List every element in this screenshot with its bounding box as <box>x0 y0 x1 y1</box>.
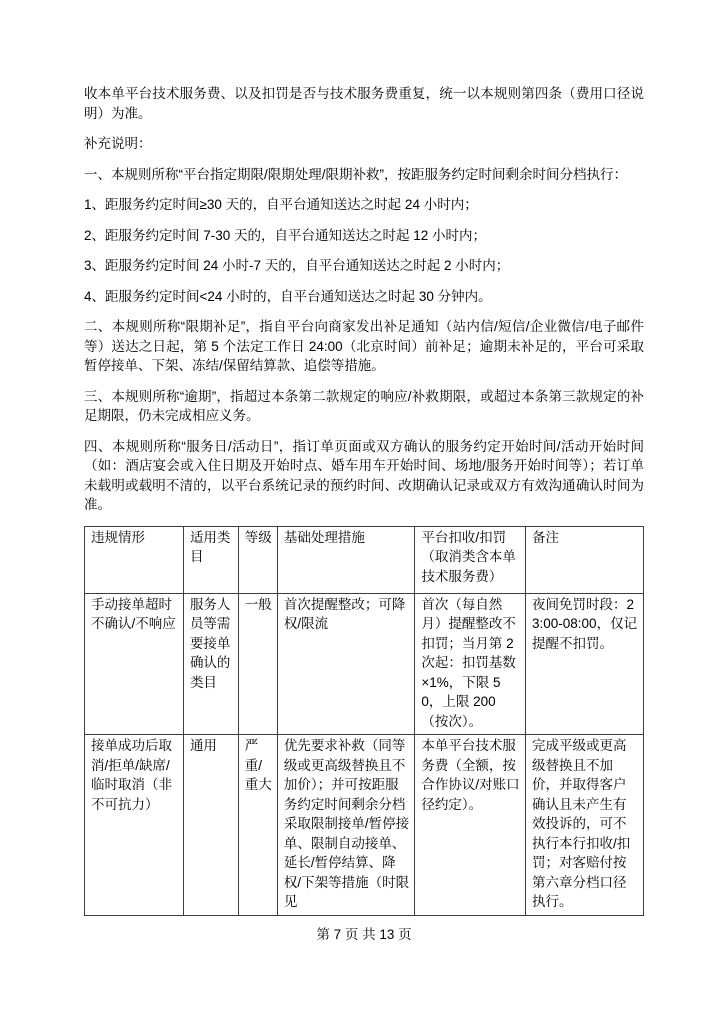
paragraph-tier-1: 1、距服务约定时间≥30 天的，自平台通知送达之时起 24 小时内； <box>84 195 644 215</box>
paragraph-clause-1: 一、本规则所称“平台指定期限/限期处理/限期补救”，按距服务约定时间剩余时间分档… <box>84 165 644 185</box>
cell-violation: 接单成功后取消/拒单/缺席/临时取消（非不可抗力） <box>85 735 184 916</box>
document-page: 收本单平台技术服务费、以及扣罚是否与技术服务费重复，统一以本规则第四条（费用口径… <box>0 0 724 1024</box>
cell-violation: 手动接单超时不确认/不响应 <box>85 593 184 735</box>
cell-remarks: 夜间免罚时段：23:00-08:00，仅记提醒不扣罚。 <box>526 593 644 735</box>
paragraph-clause-4: 四、本规则所称“服务日/活动日”，指订单页面或双方确认的服务约定开始时间/活动开… <box>84 437 644 515</box>
header-cell-penalty: 平台扣收/扣罚（取消类含本单技术服务费） <box>415 526 526 593</box>
cell-penalty: 首次（每自然月）提醒整改不扣罚；当月第 2 次起：扣罚基数×1%，下限 50，上… <box>415 593 526 735</box>
document-body: 收本单平台技术服务费、以及扣罚是否与技术服务费重复，统一以本规则第四条（费用口径… <box>84 84 644 515</box>
table-row: 接单成功后取消/拒单/缺席/临时取消（非不可抗力） 通用 严重/重大 优先要求补… <box>85 735 644 916</box>
cell-level: 严重/重大 <box>238 735 277 916</box>
header-cell-measures: 基础处理措施 <box>277 526 415 593</box>
header-cell-category: 适用类目 <box>183 526 238 593</box>
header-cell-violation: 违规情形 <box>85 526 184 593</box>
cell-level: 一般 <box>238 593 277 735</box>
cell-category: 通用 <box>183 735 238 916</box>
table-header-row: 违规情形 适用类目 等级 基础处理措施 平台扣收/扣罚（取消类含本单技术服务费）… <box>85 526 644 593</box>
page-number: 第 7 页 共 13 页 <box>84 925 644 945</box>
paragraph-clause-3: 三、本规则所称“逾期”，指超过本条第二款规定的响应/补救期限，或超过本条第三款规… <box>84 387 644 426</box>
cell-measures: 首次提醒整改；可降权/限流 <box>277 593 415 735</box>
paragraph-supplement-title: 补充说明： <box>84 134 644 154</box>
cell-remarks: 完成平级或更高级替换且不加价，并取得客户确认且未产生有效投诉的，可不执行本行扣收… <box>526 735 644 916</box>
paragraph-tier-4: 4、距服务约定时间<24 小时的，自平台通知送达之时起 30 分钟内。 <box>84 287 644 307</box>
paragraph-tier-2: 2、距服务约定时间 7-30 天的，自平台通知送达之时起 12 小时内； <box>84 226 644 246</box>
cell-category: 服务人员等需要接单确认的类目 <box>183 593 238 735</box>
cell-penalty: 本单平台技术服务费（全额，按合作协议/对账口径约定）。 <box>415 735 526 916</box>
cell-measures: 优先要求补救（同等级或更高级替换且不加价）；并可按距服务约定时间剩余分档采取限制… <box>277 735 415 916</box>
paragraph-clause-2: 二、本规则所称“限期补足”，指自平台向商家发出补足通知（站内信/短信/企业微信/… <box>84 317 644 376</box>
paragraph-fee-caliber: 收本单平台技术服务费、以及扣罚是否与技术服务费重复，统一以本规则第四条（费用口径… <box>84 84 644 123</box>
header-cell-remarks: 备注 <box>526 526 644 593</box>
table-row: 手动接单超时不确认/不响应 服务人员等需要接单确认的类目 一般 首次提醒整改；可… <box>85 593 644 735</box>
paragraph-tier-3: 3、距服务约定时间 24 小时-7 天的，自平台通知送达之时起 2 小时内； <box>84 256 644 276</box>
header-cell-level: 等级 <box>238 526 277 593</box>
violation-rules-table: 违规情形 适用类目 等级 基础处理措施 平台扣收/扣罚（取消类含本单技术服务费）… <box>84 526 644 916</box>
